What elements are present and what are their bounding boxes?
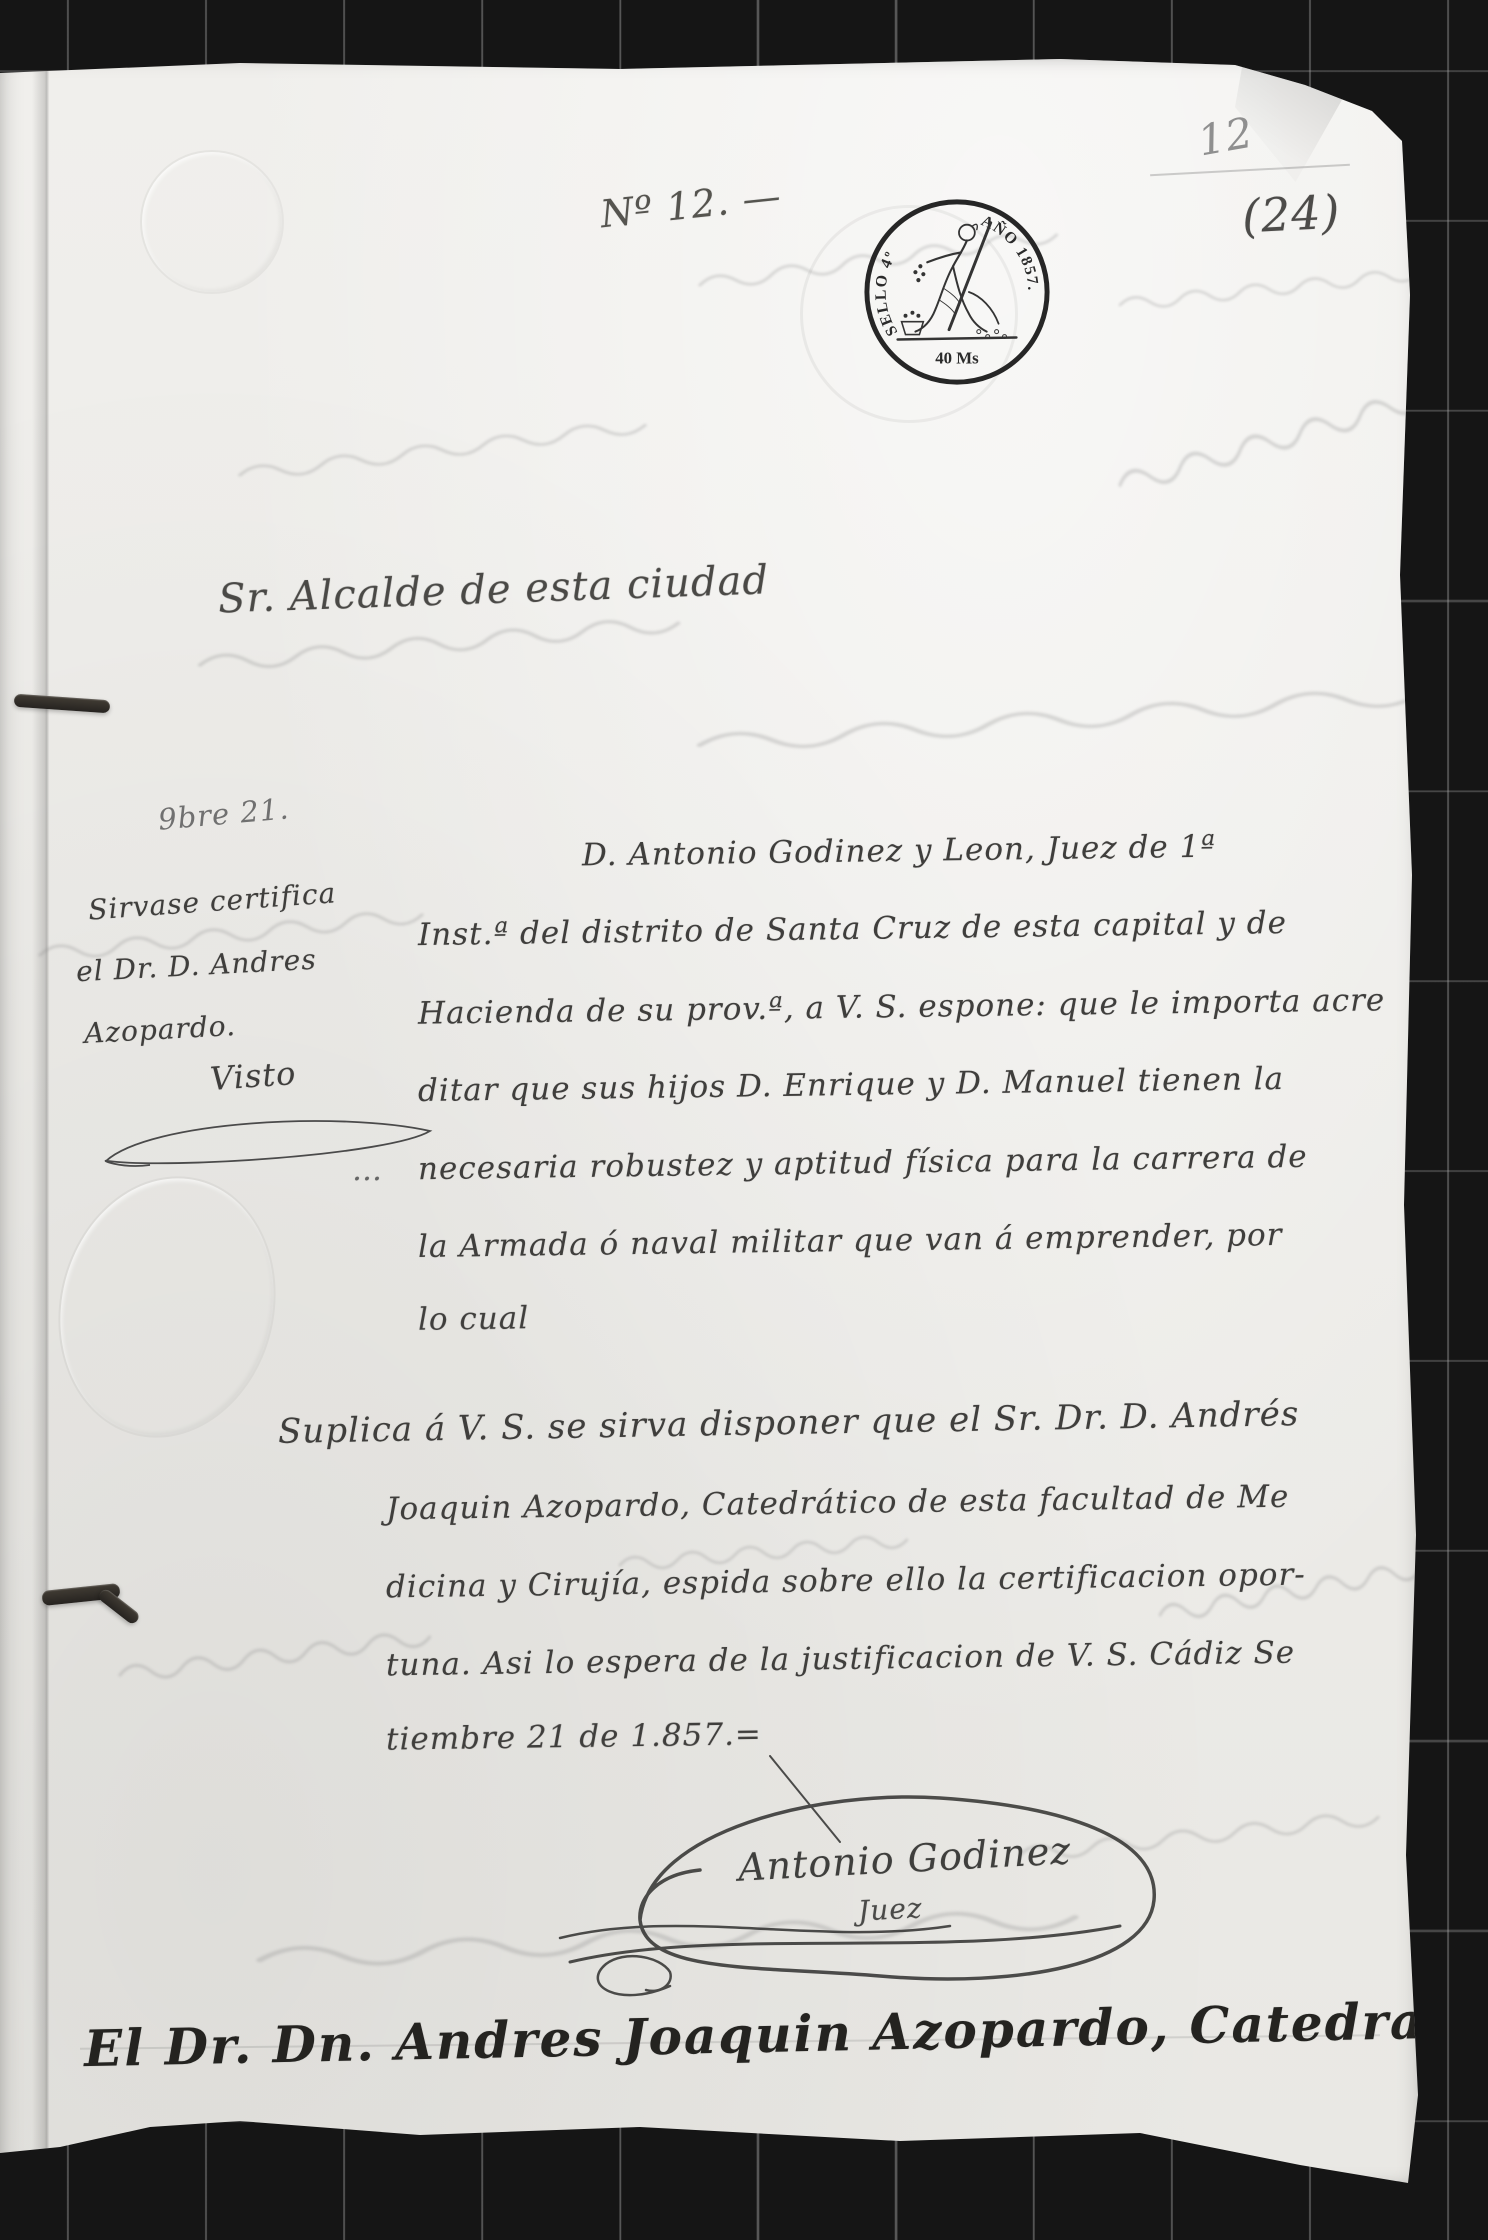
ink-folio-number: (24): [1241, 184, 1342, 243]
petition-line: tuna. Asi lo espera de la justificacion …: [386, 1635, 1296, 1684]
body-line: lo cual: [418, 1300, 530, 1338]
address-line: Sr. Alcalde de esta ciudad: [217, 557, 769, 622]
pencil-folio-number: 12: [1194, 108, 1257, 166]
binding-stitch-upper: [14, 694, 111, 714]
bleedthrough-writing: [0, 55, 1428, 2190]
blind-embossed-seal-left: [31, 1153, 303, 1461]
footer-certification-line: El Dr. Dn. Andres Joaquin Azopardo, Cate…: [84, 1987, 1488, 2078]
body-line: necesaria robustez y aptitud física para…: [418, 1139, 1308, 1187]
archive-photo-backdrop: 12 (24) Nº 12. — SELLO 4º AÑO 1857.: [0, 0, 1488, 2240]
gutter-crease: [32, 55, 60, 2190]
margin-visto: Visto: [209, 1054, 298, 1098]
margin-decree-line-3: Azopardo.: [83, 1009, 237, 1050]
manuscript-page: 12 (24) Nº 12. — SELLO 4º AÑO 1857.: [0, 55, 1428, 2190]
petition-line: Joaquin Azopardo, Catedrático de esta fa…: [386, 1479, 1290, 1528]
margin-decree-line-2: el Dr. D. Andres: [75, 943, 317, 989]
petition-line: Suplica á V. S. se sirva disponer que el…: [278, 1394, 1300, 1452]
document-number: Nº 12. —: [598, 174, 783, 237]
margin-decree-line-1: Sirvase certifica: [87, 876, 337, 926]
margin-dots: …: [352, 1153, 383, 1188]
signature-title: Juez: [857, 1891, 923, 1927]
visto-rubric-flourish: [90, 1103, 450, 1183]
body-line: Hacienda de su prov.ª, a V. S. espone: q…: [418, 982, 1386, 1032]
blind-embossed-seal-top: [140, 150, 284, 294]
pencil-underline: [1150, 164, 1350, 176]
stamp-bleedthrough-circle: [800, 205, 1018, 423]
body-line: Inst.ª del distrito de Santa Cruz de est…: [418, 905, 1287, 953]
petition-line: dicina y Cirujía, espida sobre ello la c…: [386, 1557, 1306, 1606]
signature-name: Antonio Godinez: [737, 1828, 1072, 1889]
body-line: la Armada ó naval militar que van á empr…: [418, 1217, 1283, 1265]
petition-line: tiembre 21 de 1.857.=: [386, 1716, 762, 1757]
body-line: ditar que sus hijos D. Enrique y D. Manu…: [418, 1061, 1284, 1109]
torn-corner-top-right: [1235, 57, 1345, 182]
body-line: D. Antonio Godinez y Leon, Juez de 1ª: [582, 829, 1217, 874]
margin-date-note: 9bre 21.: [157, 791, 291, 836]
